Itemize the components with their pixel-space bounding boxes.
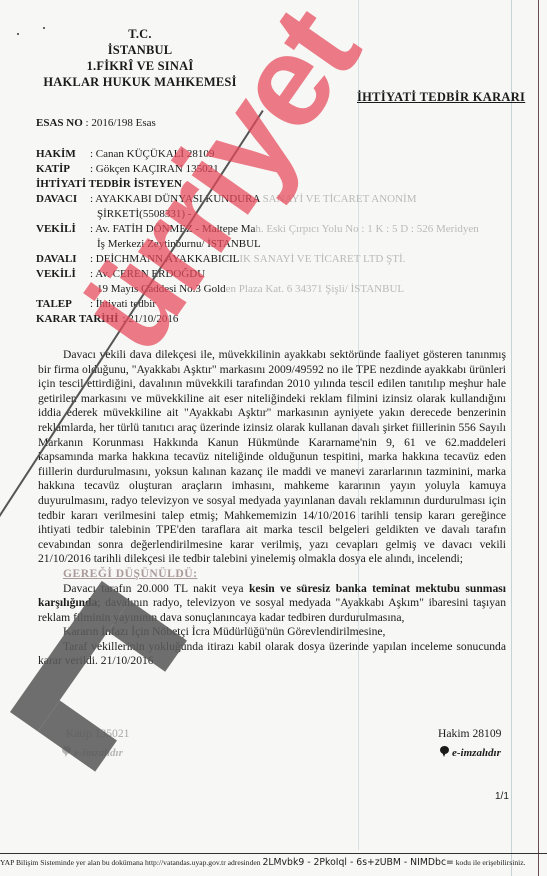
header-line-city: İSTANBUL	[30, 42, 250, 58]
judge-label: HAKİM	[36, 147, 90, 162]
plaintiff-name-cont: SANAYİ VE TİCARET ANONİM	[263, 193, 417, 205]
decision-date-value: : 21/10/2016	[122, 312, 506, 327]
uyap-footer: YAP Bilişim Sisteminde yer alan bu doküm…	[0, 857, 547, 868]
decision-body: Davacı vekili dava dilekçesi ile, müvekk…	[38, 348, 506, 669]
decision-heading: GEREĞİ DÜŞÜNÜLDÜ:	[38, 567, 506, 582]
defendant-name-cont: IK SANAYİ VE TİCARET LTD ŞTİ.	[239, 253, 405, 265]
defendant-label: DAVALI	[36, 252, 90, 267]
ruling-text-a: Davacı tarafın 20.000 TL nakit veya	[63, 582, 249, 595]
header-line-tc: T.C.	[30, 26, 250, 42]
defendant-attorney-label: VEKİLİ	[36, 267, 90, 297]
ruling-paragraph: Davacı tarafın 20.000 TL nakit veya kesi…	[38, 582, 506, 626]
scan-edge-line	[511, 0, 512, 876]
judge-esignature-label: e-imzalıdır	[452, 747, 501, 759]
defendant-attorney-address-cont: en Plaza Kat. 6 34371 Şişli/ İSTANBUL	[226, 283, 404, 295]
header-line-court-number: 1.FİKRÎ VE SINAÎ	[30, 58, 250, 74]
request-label: TALEP	[36, 297, 90, 312]
defendant-attorney-address: 19 Mayıs Caddesi No.3 Gold	[90, 283, 226, 295]
court-header: T.C. İSTANBUL 1.FİKRÎ VE SINAÎ HAKLAR HU…	[30, 26, 250, 90]
decision-date-row: KARAR TARİHİ : 21/10/2016	[36, 312, 506, 327]
ruling-text-b: ; davalının radyo, televizyon ve sosyal …	[38, 596, 506, 624]
judge-value: : Canan KÜÇÜKALİ 28109	[90, 147, 506, 162]
plaintiff-attorney-name: : Av. FATİH DÖNMEZ - Maltepe Ma	[90, 223, 255, 235]
plaintiff-row: DAVACI : AYAKKABI DÜNYASI KUNDURA SANAYİ…	[36, 192, 506, 222]
clerk-row: KATİP : Gökçen KAÇIRAN 135021	[36, 162, 506, 177]
header-line-court-name: HAKLAR HUKUK MAHKEMESİ	[30, 74, 250, 90]
defendant-value: : DEİCHMANN AYAKKABICILIK SANAYİ VE TİCA…	[90, 252, 506, 267]
clerk-label: KATİP	[36, 162, 90, 177]
plaintiff-attorney-value: : Av. FATİH DÖNMEZ - Maltepe Mah. Eski Ç…	[90, 222, 506, 252]
court-document-page: T.C. İSTANBUL 1.FİKRÎ VE SINAÎ HAKLAR HU…	[0, 0, 547, 876]
parties-block: HAKİM : Canan KÜÇÜKALİ 28109 KATİP : Gök…	[36, 147, 506, 327]
plaintiff-label: DAVACI	[36, 192, 90, 222]
requester-heading: İHTİYATİ TEDBİR İSTEYEN	[36, 177, 506, 192]
plaintiff-attorney-row: VEKİLİ : Av. FATİH DÖNMEZ - Maltepe Mah.…	[36, 222, 506, 252]
document-title: İHTİYATİ TEDBİR KARARI	[357, 90, 525, 105]
page-border-line	[538, 0, 539, 876]
judge-row: HAKİM : Canan KÜÇÜKALİ 28109	[36, 147, 506, 162]
defendant-attorney-row: VEKİLİ : Av. CEREN ERDOĞDU 19 Mayıs Cadd…	[36, 267, 506, 297]
request-value: : İhtiyati tedbir	[90, 297, 506, 312]
plaintiff-attorney-label: VEKİLİ	[36, 222, 90, 252]
footer-text: YAP Bilişim Sisteminde yer alan bu doküm…	[0, 858, 262, 867]
scan-speck	[17, 33, 19, 35]
decision-date-label: KARAR TARİHİ	[36, 312, 118, 327]
case-number: ESAS NO : 2016/198 Esas	[36, 117, 156, 129]
plaintiff-name: : AYAKKABI DÜNYASI KUNDURA	[90, 193, 263, 205]
clerk-esignature-label: e-imzalıdır	[74, 747, 123, 759]
enforcement-paragraph: Kararın İnfazı İçin Nöbetçi İcra Müdürlü…	[38, 625, 506, 640]
clerk-esignature: e-imzalıdır	[62, 746, 123, 759]
footer-divider	[0, 853, 547, 854]
judge-signature: Hakim 28109	[438, 727, 501, 740]
seal-icon	[440, 746, 449, 757]
verification-code: 2LMvbk9 - 2PkoIql - 6s+zUBM - NIMDbc=	[262, 857, 453, 868]
footer-text-suffix: kodu ile erişebilirsiniz.	[454, 858, 526, 867]
case-number-label: ESAS NO	[36, 117, 83, 129]
defendant-row: DAVALI : DEİCHMANN AYAKKABICILIK SANAYİ …	[36, 252, 506, 267]
plaintiff-name-line2: ŞİRKETİ(5508331) -	[90, 208, 191, 220]
defendant-attorney-name: : Av. CEREN ERDOĞDU	[90, 268, 205, 280]
page-number: 1/1	[495, 791, 509, 802]
case-number-value: : 2016/198 Esas	[86, 117, 156, 129]
seal-icon	[62, 746, 71, 757]
claim-paragraph: Davacı vekili dava dilekçesi ile, müvekk…	[38, 348, 506, 567]
clerk-signature: Katip 135021	[66, 727, 129, 740]
closing-paragraph: Taraf vekillerinin yokluğunda itirazı ka…	[38, 640, 506, 669]
plaintiff-attorney-address: h. Eski Çırpıcı Yolu No : 1 K : 5 D : 52…	[255, 223, 478, 235]
clerk-value: : Gökçen KAÇIRAN 135021	[90, 162, 506, 177]
request-row: TALEP : İhtiyati tedbir	[36, 297, 506, 312]
plaintiff-value: : AYAKKABI DÜNYASI KUNDURA SANAYİ VE TİC…	[90, 192, 506, 222]
judge-esignature: e-imzalıdır	[440, 746, 501, 759]
